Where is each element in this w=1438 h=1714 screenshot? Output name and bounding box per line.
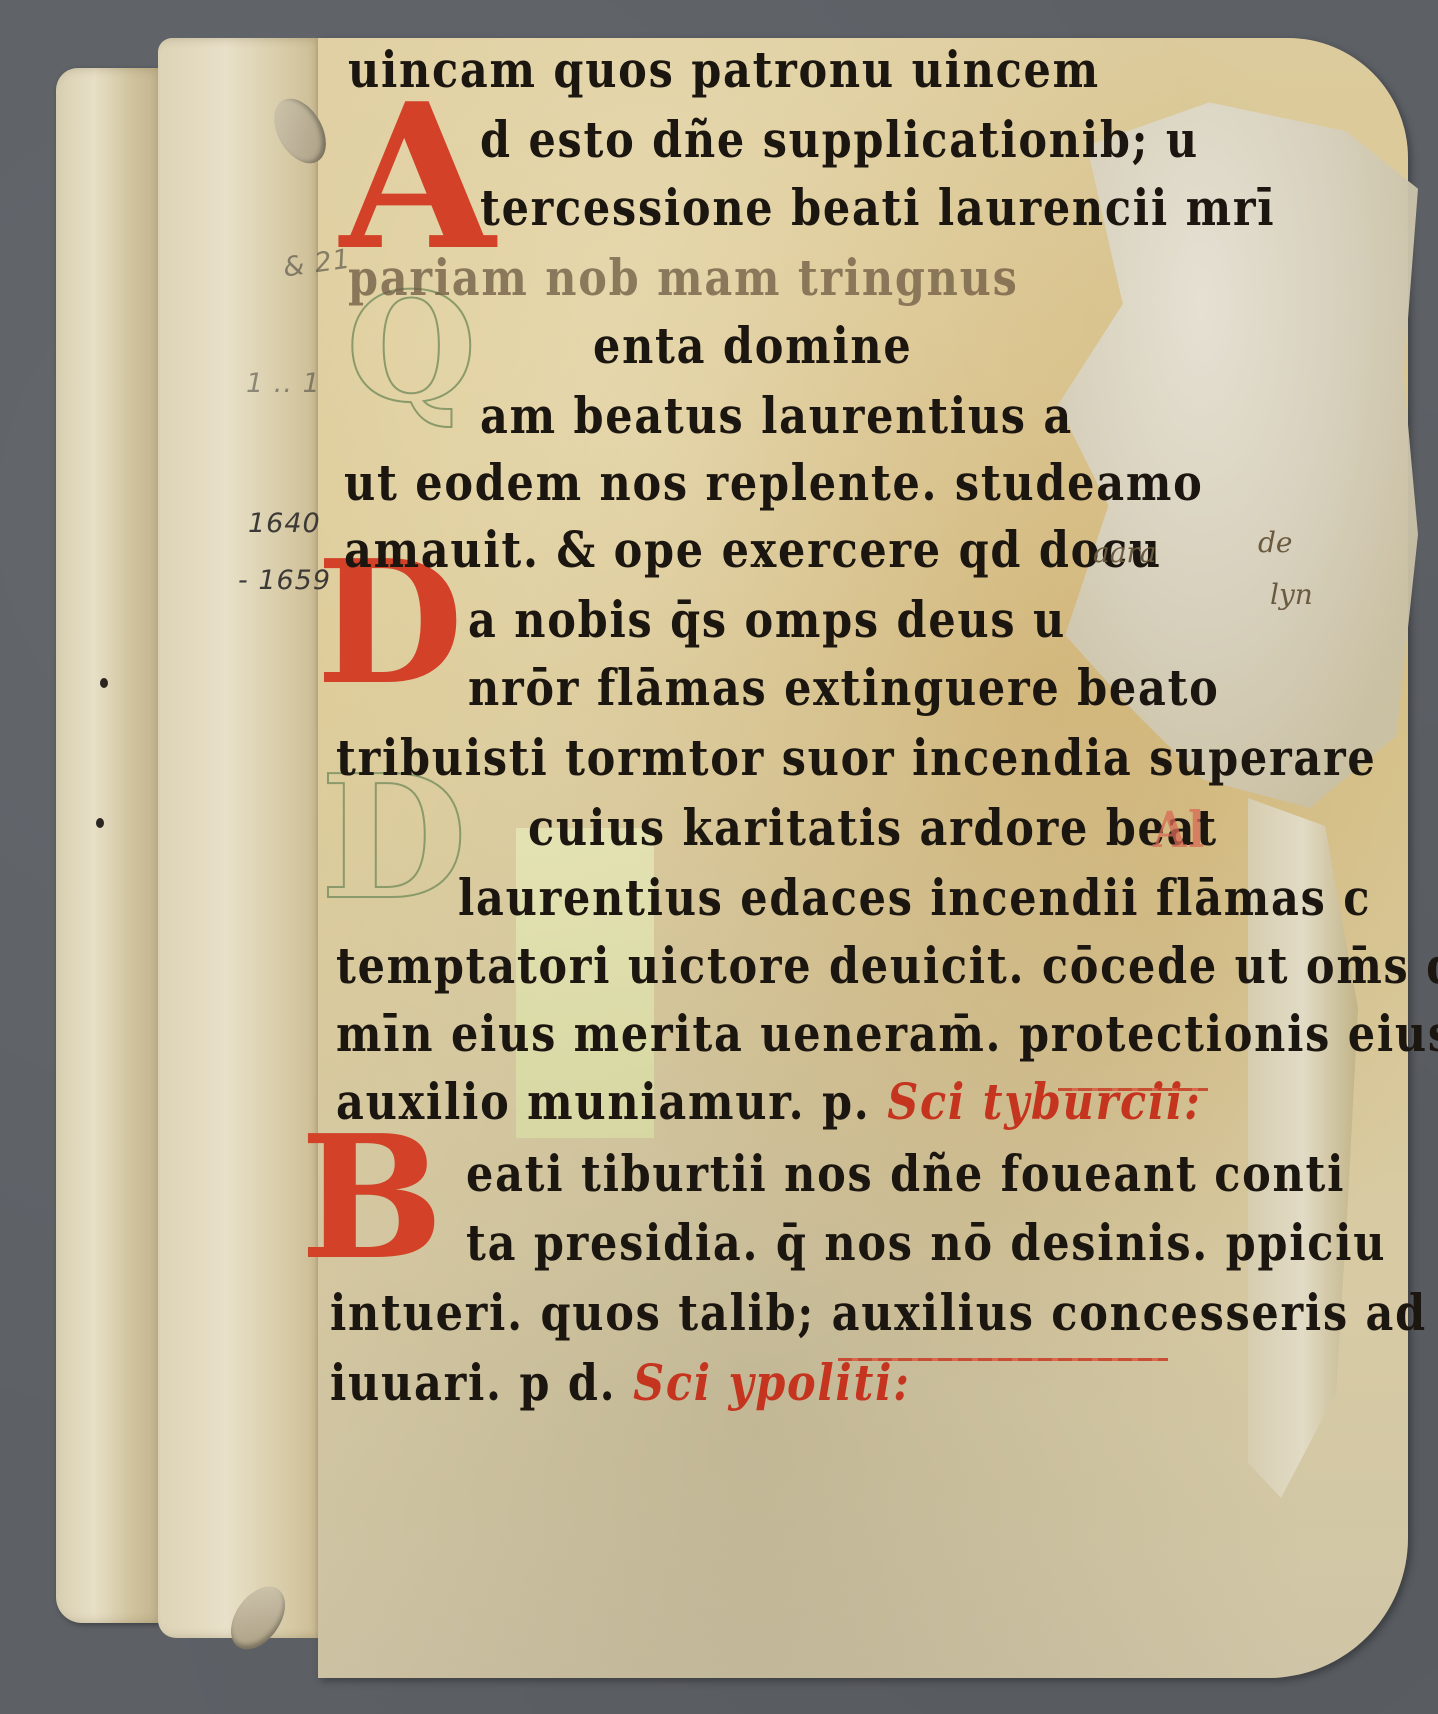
- vellum-book: & 21 1 .. 1 1640 - 1659 A Q D D B uincam…: [48, 38, 1418, 1678]
- ms-line: amauit. & ope exercere qd docu: [344, 520, 1162, 579]
- ms-line-text: auxilio muniamur. p.: [336, 1072, 870, 1131]
- red-ruled-line: [1058, 1088, 1208, 1091]
- ms-line: pariam nob mam tringnus: [348, 248, 1019, 307]
- ms-line: ut eodem nos replente. studeamo: [344, 453, 1203, 512]
- ms-line: nrōr flāmas extinguere beato: [468, 658, 1220, 717]
- ms-line: tribuisti tormtor suor incendia superare: [336, 728, 1376, 787]
- red-ruled-line: [838, 1358, 1168, 1361]
- ms-line: tercessione beati laurencii mrī: [480, 178, 1275, 237]
- manuscript-text: uincam quos patronu uincem d esto dñe su…: [48, 38, 1418, 1678]
- cursive-note: aara: [1093, 536, 1156, 569]
- ms-line: auxilio muniamur. p. Sci tyburcii:: [336, 1072, 1202, 1131]
- cursive-note: de: [1258, 526, 1293, 559]
- ms-line: temptatori uictore deuicit. cōcede ut om…: [336, 936, 1438, 995]
- ms-line-text: iuuari. p d.: [330, 1353, 616, 1412]
- rubric-margin: Al: [1153, 800, 1206, 859]
- ms-line: enta domine: [593, 316, 912, 375]
- ms-line: am beatus laurentius a: [480, 386, 1073, 445]
- rubric-tiburtius: Sci tyburcii:: [887, 1072, 1201, 1131]
- ms-line: iuuari. p d. Sci ypoliti:: [330, 1353, 911, 1412]
- ms-line: mīn eius merita ueneram̄. protectionis e…: [336, 1004, 1438, 1063]
- ms-line: d esto dñe supplicationib; u: [480, 110, 1199, 169]
- ms-line: a nobis q̄s omps deus u: [468, 590, 1066, 649]
- ms-line: ta presidia. q̄ nos nō desinis. ppiciu: [466, 1213, 1386, 1272]
- cursive-note: lyn: [1270, 578, 1313, 611]
- rubric-ypoliti: Sci ypoliti:: [633, 1353, 911, 1412]
- ms-line: laurentius edaces incendii flāmas c: [458, 868, 1371, 927]
- photo-scene: & 21 1 .. 1 1640 - 1659 A Q D D B uincam…: [0, 0, 1438, 1714]
- ms-line: intueri. quos talib; auxilius concesseri…: [330, 1283, 1427, 1342]
- ms-line: uincam quos patronu uincem: [348, 40, 1100, 99]
- ms-line: cuius karitatis ardore beat: [528, 798, 1218, 857]
- ms-line: eati tiburtii nos dñe foueant conti: [466, 1144, 1345, 1203]
